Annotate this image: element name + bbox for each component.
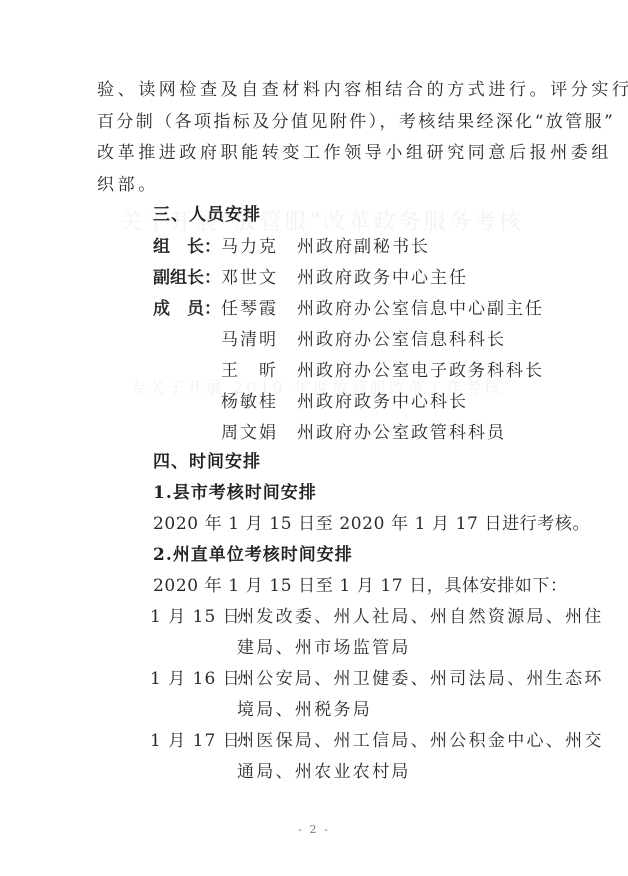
schedule-orgs: 州公安局、州卫健委、州司法局、州生态环 [237, 668, 604, 690]
subsection-heading-county: 1.县市考核时间安排 [153, 482, 317, 504]
member-position: 州政府办公室信息中心副主任 [297, 298, 544, 320]
subsection-heading-state-units: 2.州直单位考核时间安排 [153, 544, 353, 566]
member-name: 任琴霞 [221, 298, 278, 320]
member-position: 州政府政务中心科长 [297, 391, 468, 413]
member-name: 王 昕 [221, 360, 278, 382]
schedule-orgs: 建局、州市场监管局 [237, 637, 411, 659]
member-position: 州政府办公室政管科科员 [297, 422, 506, 444]
schedule-orgs: 境局、州税务局 [237, 699, 372, 721]
member-position: 州政府政务中心主任 [297, 267, 468, 289]
member-name: 马清明 [221, 329, 278, 351]
document-page: 关于开展“放管服”改革政务服务考核 专关于开展 2019 年度放管服改革工作考核… [0, 0, 628, 876]
schedule-orgs: 州发改委、州人社局、州自然资源局、州住 [237, 606, 604, 628]
paragraph-line: 织部。 [97, 174, 159, 196]
member-name: 周文娟 [221, 422, 278, 444]
paragraph-line: 百分制（各项指标及分值见附件），考核结果经深化“放管服” [97, 111, 615, 133]
member-role: 副组长： [153, 267, 219, 289]
member-position: 州政府办公室电子政务科科长 [297, 360, 544, 382]
paragraph-line: 验、读网检查及自查材料内容相结合的方式进行。评分实行 [97, 79, 628, 101]
member-position: 州政府副秘书长 [297, 236, 430, 258]
section-heading-schedule: 四、时间安排 [153, 451, 261, 473]
member-role: 组 长： [153, 236, 219, 258]
schedule-orgs: 州医保局、州工信局、州公积金中心、州交 [237, 730, 604, 752]
section-heading-personnel: 三、人员安排 [153, 204, 261, 226]
member-role: 成 员： [153, 298, 219, 320]
state-units-schedule-text: 2020 年 1 月 15 日至 1 月 17 日，具体安排如下： [153, 575, 568, 597]
page-number: - 2 - [0, 823, 628, 836]
county-schedule-text: 2020 年 1 月 15 日至 2020 年 1 月 17 日进行考核。 [153, 513, 590, 535]
member-position: 州政府办公室信息科科长 [297, 329, 506, 351]
schedule-orgs: 通局、州农业农村局 [237, 761, 411, 783]
member-name: 杨敏桂 [221, 391, 278, 413]
member-name: 邓世文 [221, 267, 278, 289]
member-name: 马力克 [221, 236, 278, 258]
paragraph-line: 改革推进政府职能转变工作领导小组研究同意后报州委组 [97, 142, 612, 164]
